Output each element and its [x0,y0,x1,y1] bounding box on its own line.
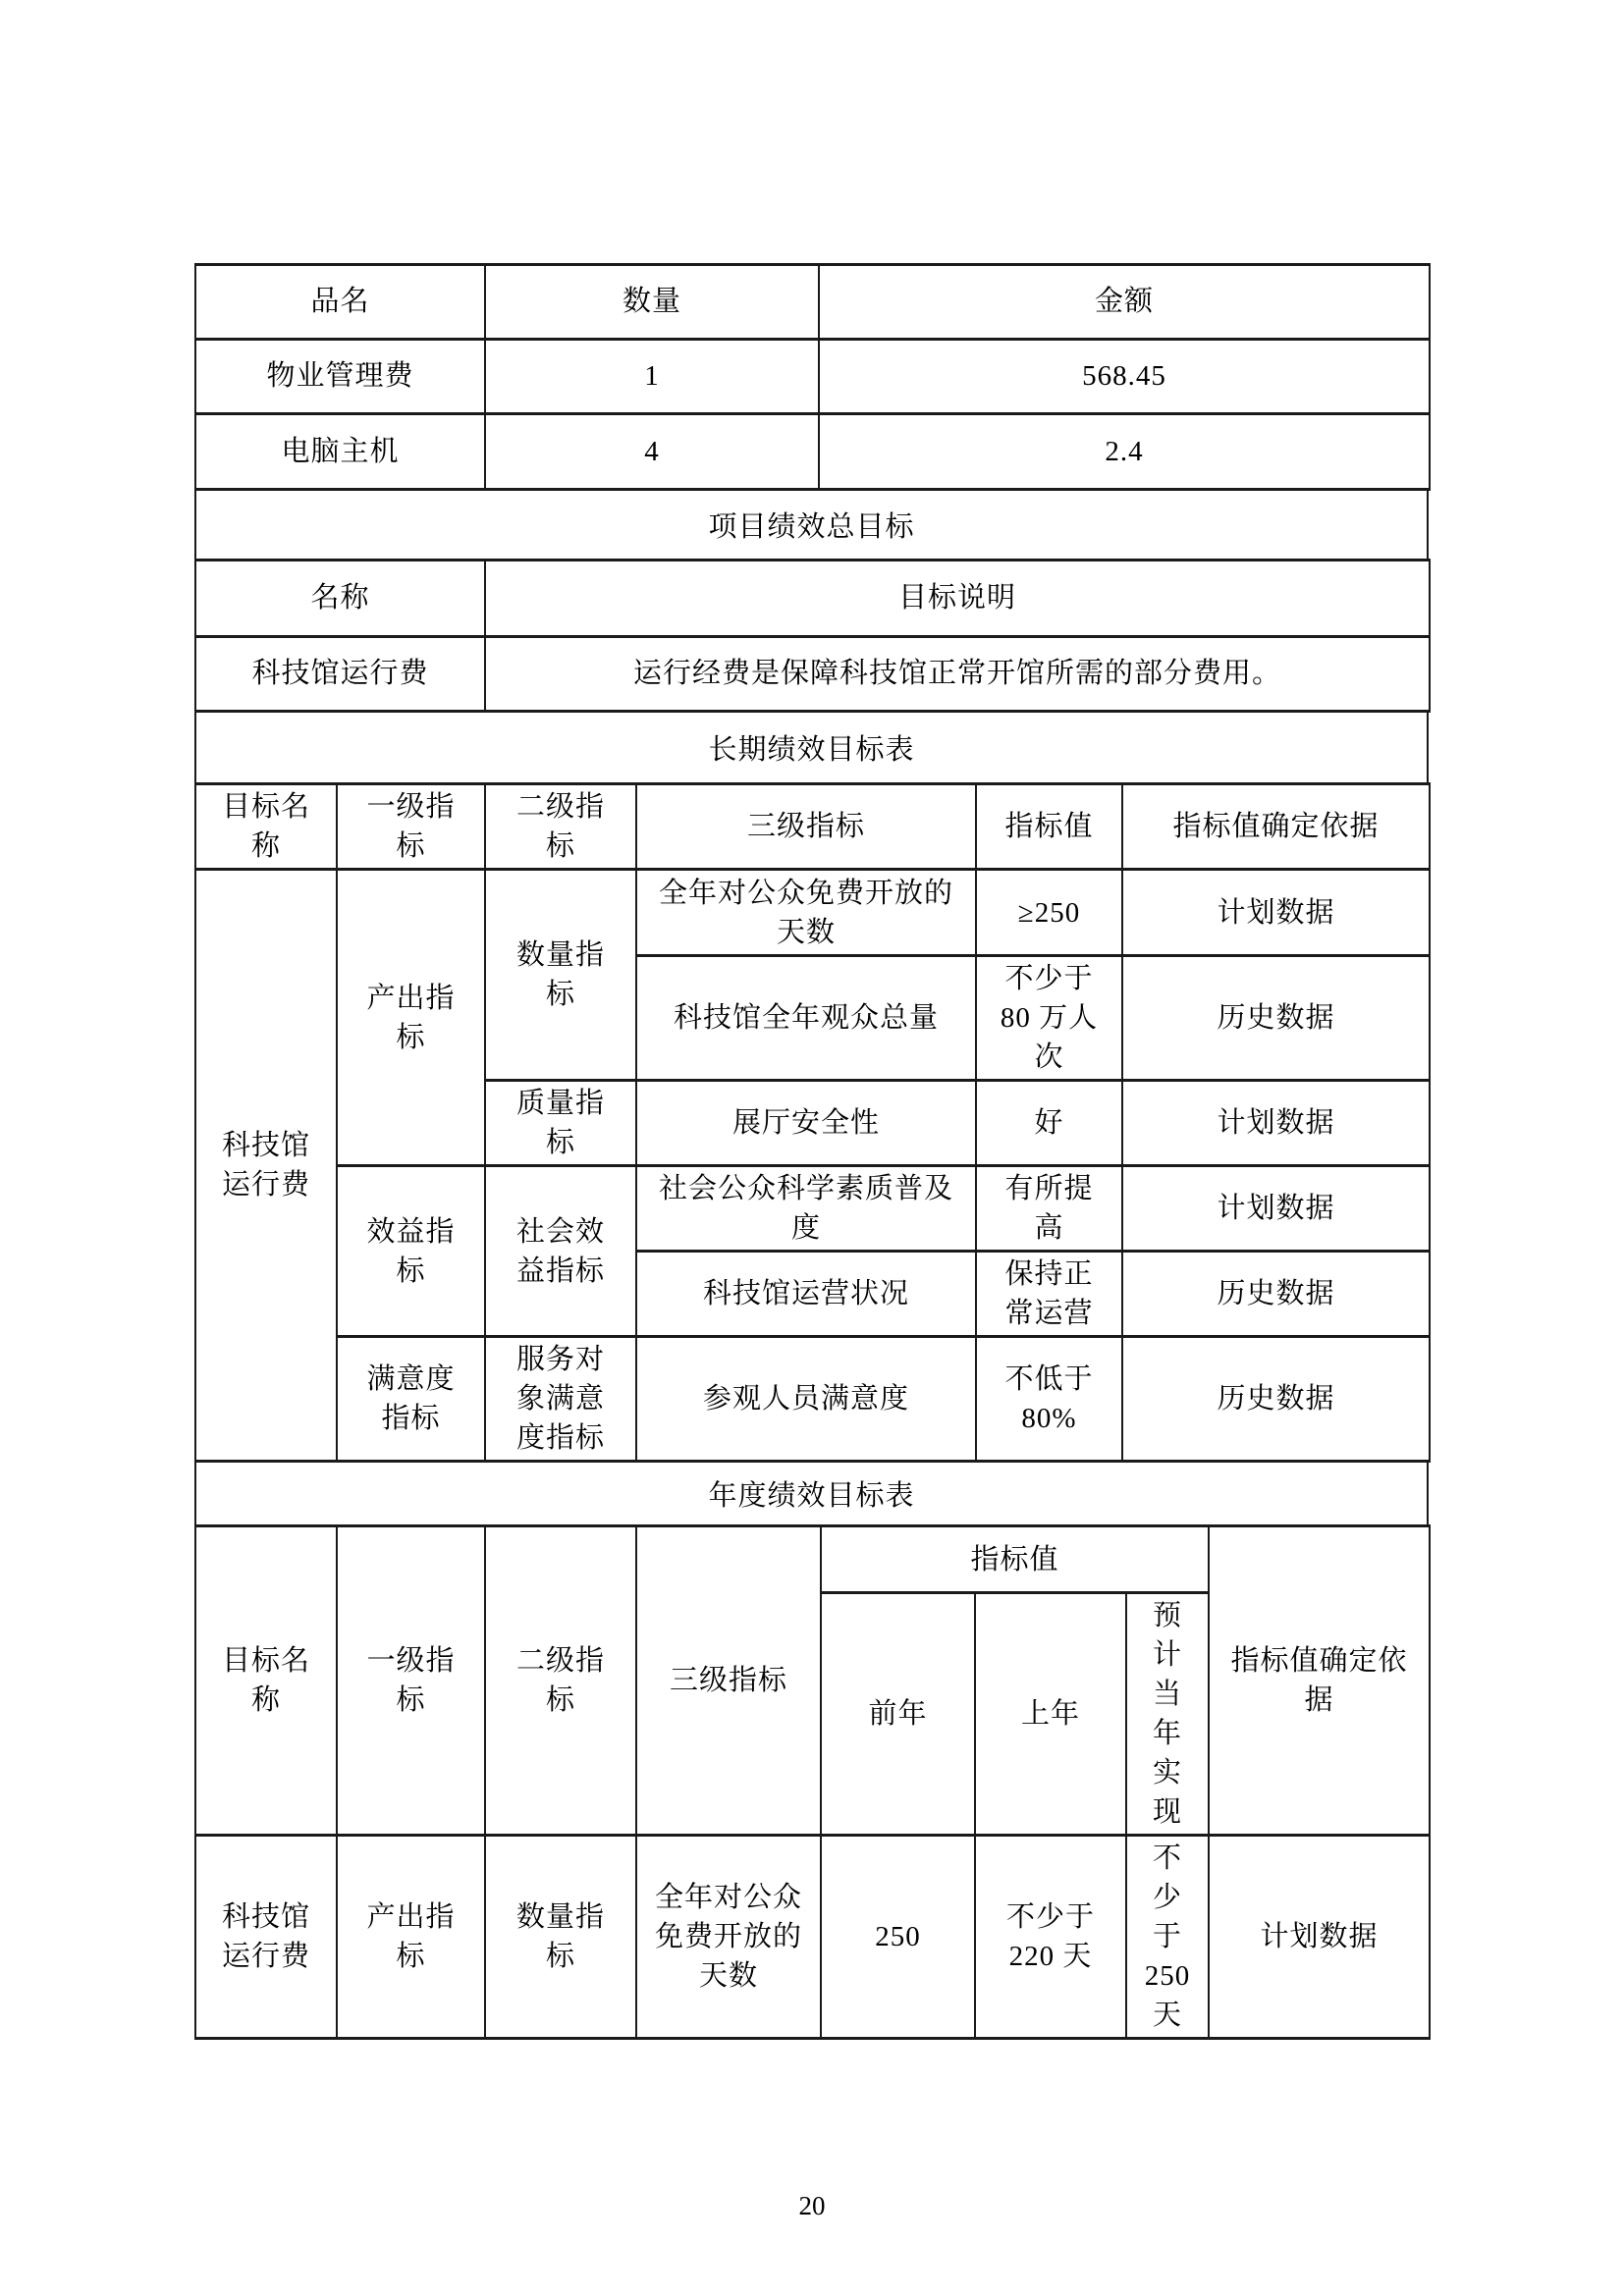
longterm-row-open-days: 科技馆 运行费 产出指 标 数量指 标 全年对公众免费开放的 天数 ≥250 计… [195,870,1430,956]
goal-header-name: 名称 [195,561,485,637]
annual-table: 目标名 称 一级指 标 二级指 标 三级指标 指标值 指标值确定依 据 前年 上… [194,1524,1431,2040]
longterm-level1-benefit: 效益指 标 [337,1166,485,1337]
annual-goal-name: 科技馆 运行费 [195,1836,337,2039]
item-amount: 2.4 [819,414,1430,490]
item-row-computer: 电脑主机 4 2.4 [195,414,1430,490]
longterm-value: 不低于 80% [976,1337,1122,1462]
longterm-basis: 计划数据 [1122,1166,1430,1252]
longterm-level1-output: 产出指 标 [337,870,485,1166]
longterm-indicator: 参观人员满意度 [636,1337,976,1462]
goal-name: 科技馆运行费 [195,637,485,712]
longterm-value: ≥250 [976,870,1122,956]
longterm-value: 保持正 常运营 [976,1252,1122,1337]
annual-header-basis: 指标值确定依 据 [1209,1526,1430,1836]
goal-description: 运行经费是保障科技馆正常开馆所需的部分费用。 [485,637,1430,712]
annual-value-current-year: 不 少 于 250 天 [1126,1836,1209,2039]
longterm-row-satisfaction: 满意度 指标 服务对 象满意 度指标 参观人员满意度 不低于 80% 历史数据 [195,1337,1430,1462]
section-longterm-title: 长期绩效目标表 [194,710,1429,785]
longterm-level1-satisfaction: 满意度 指标 [337,1337,485,1462]
annual-header-last-year: 上年 [975,1593,1126,1836]
items-header-name: 品名 [195,265,485,340]
annual-header-value-group: 指标值 [821,1526,1209,1593]
longterm-header-level2: 二级指 标 [485,784,636,870]
longterm-title-text: 长期绩效目标表 [708,727,914,768]
longterm-header-level1: 一级指 标 [337,784,485,870]
longterm-basis: 历史数据 [1122,1337,1430,1462]
overall-goal-title-text: 项目绩效总目标 [708,505,914,545]
annual-value-last-year: 不少于 220 天 [975,1836,1126,2039]
annual-header-level1: 一级指 标 [337,1526,485,1836]
longterm-header-row: 目标名 称 一级指 标 二级指 标 三级指标 指标值 指标值确定依据 [195,784,1430,870]
item-amount: 568.45 [819,340,1430,414]
longterm-row-science-literacy: 效益指 标 社会效 益指标 社会公众科学素质普及 度 有所提 高 计划数据 [195,1166,1430,1252]
goal-header-row: 名称 目标说明 [195,561,1430,637]
longterm-basis: 历史数据 [1122,956,1430,1081]
longterm-level2-service: 服务对 象满意 度指标 [485,1337,636,1462]
item-name: 物业管理费 [195,340,485,414]
section-overall-goal-title: 项目绩效总目标 [194,488,1429,561]
longterm-goal-name: 科技馆 运行费 [195,870,337,1462]
items-header-qty: 数量 [485,265,819,340]
longterm-indicator: 全年对公众免费开放的 天数 [636,870,976,956]
longterm-basis: 历史数据 [1122,1252,1430,1337]
goal-row: 科技馆运行费 运行经费是保障科技馆正常开馆所需的部分费用。 [195,637,1430,712]
longterm-level2-social: 社会效 益指标 [485,1166,636,1337]
annual-basis: 计划数据 [1209,1836,1430,2039]
longterm-indicator: 科技馆运营状况 [636,1252,976,1337]
longterm-indicator: 社会公众科学素质普及 度 [636,1166,976,1252]
annual-header-level2: 二级指 标 [485,1526,636,1836]
items-table: 品名 数量 金额 物业管理费 1 568.45 电脑主机 4 2.4 [194,263,1431,491]
goal-description-table: 名称 目标说明 科技馆运行费 运行经费是保障科技馆正常开馆所需的部分费用。 [194,559,1431,713]
annual-value-year-before-last: 250 [821,1836,975,2039]
longterm-level2-quality: 质量指 标 [485,1081,636,1166]
longterm-level2-quantity: 数量指 标 [485,870,636,1081]
longterm-header-basis: 指标值确定依据 [1122,784,1430,870]
item-name: 电脑主机 [195,414,485,490]
longterm-value: 不少于 80 万人 次 [976,956,1122,1081]
annual-data-row: 科技馆 运行费 产出指 标 数量指 标 全年对公众 免费开放的 天数 250 不… [195,1836,1430,2039]
annual-header-goal: 目标名 称 [195,1526,337,1836]
longterm-indicator: 展厅安全性 [636,1081,976,1166]
goal-header-desc: 目标说明 [485,561,1430,637]
items-header-amount: 金额 [819,265,1430,340]
longterm-value: 好 [976,1081,1122,1166]
longterm-value: 有所提 高 [976,1166,1122,1252]
longterm-header-goal: 目标名 称 [195,784,337,870]
annual-level1: 产出指 标 [337,1836,485,2039]
longterm-header-value: 指标值 [976,784,1122,870]
longterm-table: 目标名 称 一级指 标 二级指 标 三级指标 指标值 指标值确定依据 科技馆 运… [194,782,1431,1463]
item-qty: 1 [485,340,819,414]
item-row-property-fee: 物业管理费 1 568.45 [195,340,1430,414]
page-number: 20 [0,2191,1624,2221]
annual-header-year-before-last: 前年 [821,1593,975,1836]
document-table-area: 品名 数量 金额 物业管理费 1 568.45 电脑主机 4 2.4 项目绩效总… [194,263,1429,2040]
annual-level3: 全年对公众 免费开放的 天数 [636,1836,821,2039]
section-annual-title: 年度绩效目标表 [194,1460,1429,1527]
item-qty: 4 [485,414,819,490]
longterm-indicator: 科技馆全年观众总量 [636,956,976,1081]
longterm-header-level3: 三级指标 [636,784,976,870]
annual-header-level3: 三级指标 [636,1526,821,1836]
items-header-row: 品名 数量 金额 [195,265,1430,340]
annual-level2: 数量指 标 [485,1836,636,2039]
longterm-basis: 计划数据 [1122,1081,1430,1166]
annual-title-text: 年度绩效目标表 [708,1473,914,1514]
annual-header-expected-current-year: 预 计 当 年 实 现 [1126,1593,1209,1836]
longterm-basis: 计划数据 [1122,870,1430,956]
annual-header-row-1: 目标名 称 一级指 标 二级指 标 三级指标 指标值 指标值确定依 据 [195,1526,1430,1593]
